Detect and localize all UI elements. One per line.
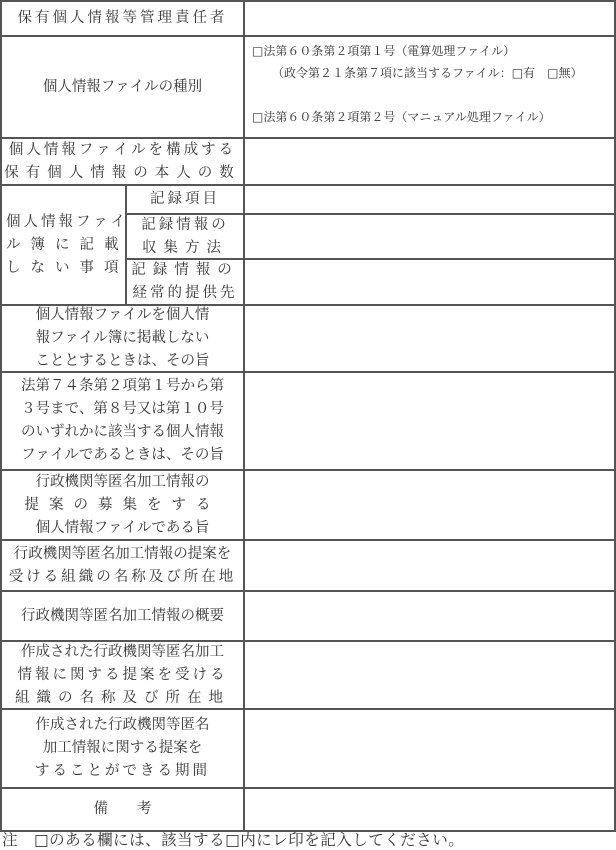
option-article21-checkbox[interactable]: （政令第２１条第７項に該当するファイル：□有 □無）: [252, 62, 614, 84]
value-subject-count[interactable]: [245, 139, 614, 184]
label-line: 記録項目: [150, 188, 220, 211]
label-line: 提案の募集をする: [25, 494, 221, 517]
value-article74[interactable]: [245, 373, 614, 469]
label-line: 報ファイル簿に掲載しない: [36, 327, 210, 350]
value-record-items[interactable]: [245, 186, 614, 213]
value-manager[interactable]: [245, 2, 614, 35]
label-line: こととするときは、その旨: [36, 350, 210, 373]
label-line: 行政機関等匿名加工情報の概要: [21, 605, 224, 628]
label-line: しない事項: [6, 257, 129, 280]
value-anon-summary[interactable]: [245, 592, 614, 640]
label-line: 記録情報の: [131, 259, 239, 282]
label-line: 収集方法: [142, 237, 228, 260]
label-manager: 保有個人情報等管理責任者: [2, 2, 243, 35]
label-not-listed: 個人情報ファイルを個人情 報ファイル簿に掲載しない こととするときは、その旨: [2, 306, 243, 371]
label-line: 経常的提供先: [133, 282, 238, 305]
label-file-type: 個人情報ファイルの種別: [2, 37, 243, 137]
label-line: 個人情報ファイルである旨: [36, 517, 210, 540]
value-proposal-org[interactable]: [245, 541, 614, 590]
label-line: 行政機関等匿名加工情報の: [36, 471, 210, 494]
value-remarks[interactable]: [245, 789, 614, 830]
value-regular-recipients[interactable]: [245, 260, 614, 304]
label-anon-summary: 行政機関等匿名加工情報の概要: [2, 592, 243, 640]
label-line: することができる期間: [35, 760, 210, 783]
option-manual-checkbox[interactable]: □法第６０条第２項第２号（マニュアル処理ファイル）: [252, 106, 614, 128]
label-created-proposal-org: 作成された行政機関等匿名加工 情報に関する提案を受ける 組織の名称及び所在地: [2, 642, 243, 708]
label-line: 組織の名称及び所在地: [15, 687, 230, 710]
personal-info-file-form: 保有個人情報等管理責任者 個人情報ファイルの種別 □法第６０条第２項第１号（電算…: [0, 0, 616, 831]
label-line: ３号まで、第８号又は第１０号: [21, 398, 224, 421]
label-proposal-org: 行政機関等匿名加工情報の提案を 受ける組織の名称及び所在地: [2, 541, 243, 590]
label-line: 個人情報ファイルの種別: [43, 76, 202, 99]
label-line: のいずれかに該当する個人情報: [21, 421, 224, 444]
label-line: ル簿に記載: [6, 234, 129, 257]
label-line: 加工情報に関する提案を: [43, 737, 203, 760]
label-line: 受ける組織の名称及び所在地: [9, 566, 237, 589]
value-collection-method[interactable]: [245, 215, 614, 258]
label-line: 情報に関する提案を受ける: [18, 664, 228, 687]
label-regular-recipients: 記録情報の 経常的提供先: [127, 260, 243, 304]
label-line: 保有個人情報の本人の数: [4, 162, 241, 185]
label-line: 法第７４条第２項第１号から第: [21, 375, 224, 398]
label-line: 作成された行政機関等匿名加工: [21, 641, 224, 664]
label-proposal-solicit: 行政機関等匿名加工情報の 提案の募集をする 個人情報ファイルである旨: [2, 471, 243, 539]
footnote: 注 □のある欄には、該当する□内にレ印を記入してください。: [2, 830, 464, 850]
label-line: 作成された行政機関等匿名: [36, 714, 210, 737]
label-collection-method: 記録情報の 収集方法: [127, 215, 243, 258]
label-line: 個人情報ファイルを構成する: [9, 139, 236, 162]
label-not-recorded-group: 個人情報ファイ ル簿に記載 しない事項: [2, 186, 125, 304]
label-subject-count: 個人情報ファイルを構成する 保有個人情報の本人の数: [2, 139, 243, 184]
label-article74: 法第７４条第２項第１号から第 ３号まで、第８号又は第１０号 のいずれかに該当する…: [2, 373, 243, 469]
label-line: 個人情報ファイルを個人情: [36, 304, 210, 327]
file-type-options: □法第６０条第２項第１号（電算処理ファイル） （政令第２１条第７項に該当するファ…: [252, 40, 614, 128]
value-created-proposal-org[interactable]: [245, 642, 614, 708]
value-proposal-solicit[interactable]: [245, 471, 614, 539]
label-proposal-period: 作成された行政機関等匿名 加工情報に関する提案を することができる期間: [2, 710, 243, 787]
value-proposal-period[interactable]: [245, 710, 614, 787]
label-line: 備 考: [94, 798, 152, 821]
spacer: [252, 84, 614, 106]
label-remarks: 備 考: [2, 789, 243, 830]
label-line: 記録情報の: [141, 214, 229, 237]
label-line: 個人情報ファイ: [6, 211, 128, 234]
label-line: ファイルであるときは、その旨: [21, 444, 224, 467]
label-line: 保有個人情報等管理責任者: [18, 7, 228, 30]
label-line: 行政機関等匿名加工情報の提案を: [14, 543, 232, 566]
label-record-items: 記録項目: [127, 186, 243, 213]
option-electronic-checkbox[interactable]: □法第６０条第２項第１号（電算処理ファイル）: [252, 40, 614, 62]
value-not-listed[interactable]: [245, 306, 614, 371]
